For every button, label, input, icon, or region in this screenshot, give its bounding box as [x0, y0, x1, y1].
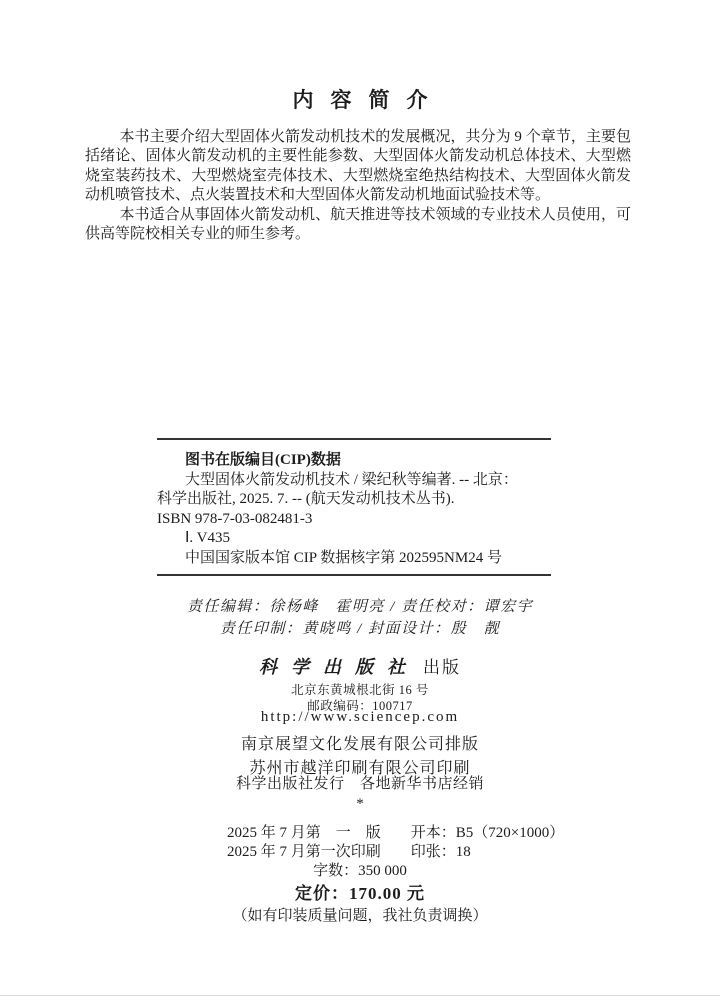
- printing-line: 2025 年 7 月第一次印刷 印张：18: [227, 843, 493, 862]
- content-summary-title: 内容简介: [0, 84, 720, 114]
- edition-line: 2025 年 7 月第 一 版 开本：B5（720×1000）: [227, 824, 493, 843]
- publisher-line: 科学出版社出版: [0, 653, 720, 679]
- classification-line: Ⅰ. V435: [157, 529, 551, 549]
- website-url: http://www.sciencep.com: [0, 709, 720, 726]
- distribution-line: 科学出版社发行 各地新华书店经销: [0, 772, 720, 793]
- editors-credit-line: 责任编辑：徐杨峰 霍明亮 / 责任校对：谭宏宇: [0, 596, 720, 618]
- typesetter-line: 南京展望文化发展有限公司排版: [0, 731, 720, 754]
- summary-paragraph-1: 本书主要介绍大型固体火箭发动机技术的发展概况，共分为 9 个章节，主要包括绪论、…: [85, 128, 631, 206]
- publisher-logo: 科学出版社: [259, 657, 419, 677]
- cip-title-line: 大型固体火箭发动机技术 / 梁纪秋等编著. -- 北京：: [157, 471, 551, 491]
- cip-box: 图书在版编目(CIP)数据 大型固体火箭发动机技术 / 梁纪秋等编著. -- 北…: [157, 438, 551, 576]
- editorial-credits: 责任编辑：徐杨峰 霍明亮 / 责任校对：谭宏宇 责任印制：黄晓鸣 / 封面设计：…: [0, 596, 720, 640]
- quality-note-line: （如有印装质量问题，我社负责调换）: [0, 904, 720, 925]
- summary-paragraph-2: 本书适合从事固体火箭发动机、航天推进等技术领域的专业技术人员使用，可供高等院校相…: [85, 206, 631, 245]
- bottom-scan-line: [0, 995, 720, 996]
- price-line: 定价：170.00 元: [0, 879, 720, 904]
- publish-label: 出版: [423, 658, 461, 677]
- isbn-line: ISBN 978-7-03-082481-3: [157, 510, 551, 530]
- content-summary-body: 本书主要介绍大型固体火箭发动机技术的发展概况，共分为 9 个章节，主要包括绪论、…: [85, 128, 631, 244]
- cip-publisher-line: 科学出版社, 2025. 7. -- (航天发动机技术丛书).: [157, 490, 551, 510]
- printing-credit-line: 责任印制：黄晓鸣 / 封面设计：殷 靓: [0, 618, 720, 640]
- cip-record-line: 中国国家版本馆 CIP 数据核字第 202595NM24 号: [157, 549, 551, 569]
- copyright-page: 内容简介 本书主要介绍大型固体火箭发动机技术的发展概况，共分为 9 个章节，主要…: [0, 0, 720, 1000]
- edition-block: 2025 年 7 月第 一 版 开本：B5（720×1000） 2025 年 7…: [227, 824, 493, 881]
- separator-asterisk: *: [0, 796, 720, 813]
- cip-heading: 图书在版编目(CIP)数据: [157, 451, 551, 471]
